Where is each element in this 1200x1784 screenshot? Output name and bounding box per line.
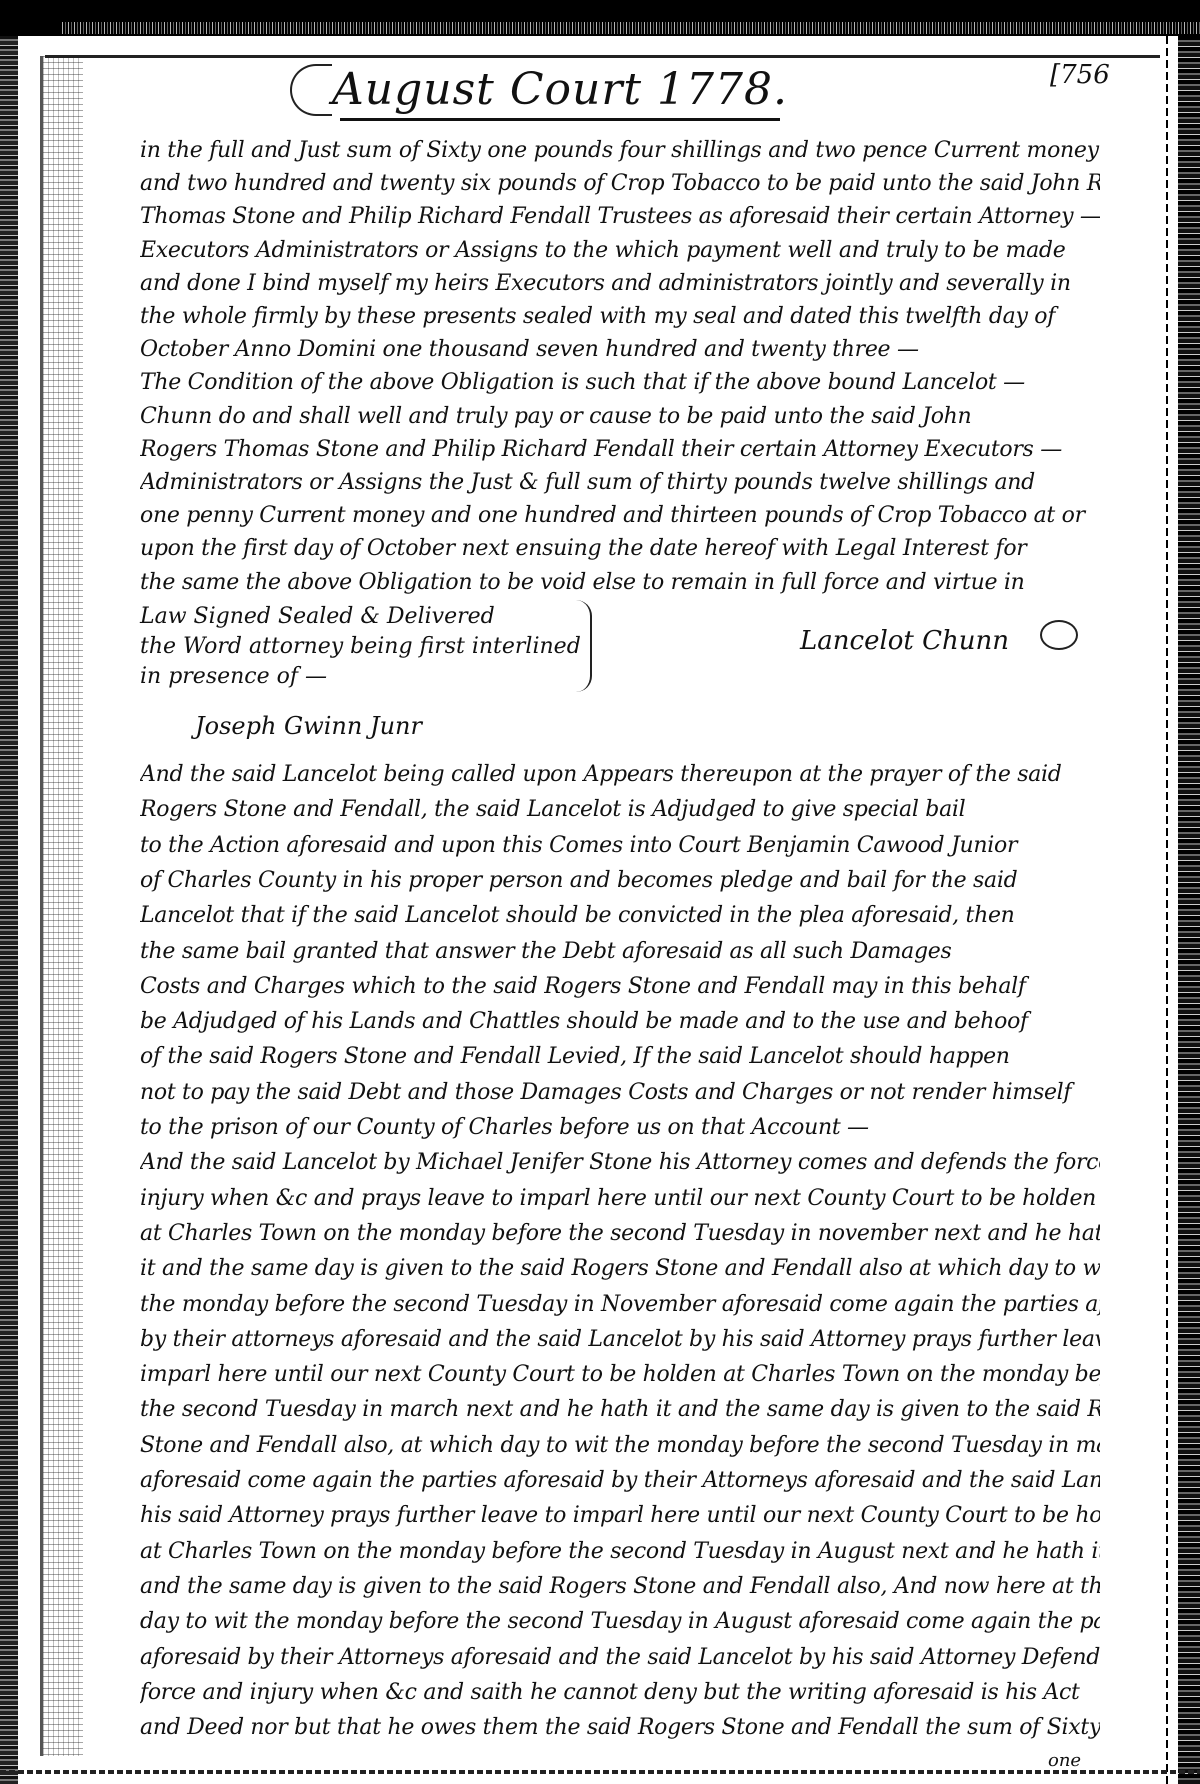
manuscript-line: one penny Current money and one hundred … xyxy=(140,503,1100,528)
manuscript-line: and two hundred and twenty six pounds of… xyxy=(140,171,1100,196)
manuscript-line: of Charles County in his proper person a… xyxy=(140,868,1100,893)
manuscript-line: at Charles Town on the monday before the… xyxy=(140,1221,1100,1246)
manuscript-line: the second Tuesday in march next and he … xyxy=(140,1397,1100,1422)
manuscript-line: not to pay the said Debt and those Damag… xyxy=(140,1080,1100,1105)
catchword: one xyxy=(1048,1750,1081,1771)
witness-line-signed: Law Signed Sealed & Delivered xyxy=(140,604,495,629)
page-binding-shadow xyxy=(40,56,83,1756)
manuscript-line: upon the first day of October next ensui… xyxy=(140,536,1100,561)
scan-left-border xyxy=(0,36,18,1784)
manuscript-line: October Anno Domini one thousand seven h… xyxy=(140,337,1100,362)
manuscript-line: And the said Lancelot by Michael Jenifer… xyxy=(140,1150,1100,1175)
manuscript-line: by their attorneys aforesaid and the sai… xyxy=(140,1327,1100,1352)
manuscript-line: of the said Rogers Stone and Fendall Lev… xyxy=(140,1044,1100,1069)
heading-text: August Court 1778. xyxy=(332,64,788,115)
witness-line-interlined: the Word attorney being first interlined xyxy=(140,634,581,659)
page-top-rule xyxy=(45,55,1160,58)
manuscript-line: the monday before the second Tuesday in … xyxy=(140,1292,1100,1317)
manuscript-line: Lancelot that if the said Lancelot shoul… xyxy=(140,903,1100,928)
manuscript-line: day to wit the monday before the second … xyxy=(140,1609,1100,1634)
witness-line-presence: in presence of — xyxy=(140,664,327,689)
manuscript-line: Thomas Stone and Philip Richard Fendall … xyxy=(140,204,1100,229)
page-number: [756 xyxy=(1050,60,1110,90)
manuscript-line: aforesaid by their Attorneys aforesaid a… xyxy=(140,1645,1100,1670)
manuscript-line: Administrators or Assigns the Just & ful… xyxy=(140,470,1100,495)
manuscript-line: it and the same day is given to the said… xyxy=(140,1256,1100,1281)
manuscript-line: and Deed nor but that he owes them the s… xyxy=(140,1715,1100,1740)
heading-flourish xyxy=(290,64,332,116)
witness-brace xyxy=(576,600,592,692)
seal-icon xyxy=(1040,620,1078,650)
manuscript-line: Stone and Fendall also, at which day to … xyxy=(140,1433,1100,1458)
manuscript-line: in the full and Just sum of Sixty one po… xyxy=(140,138,1100,163)
manuscript-line: and the same day is given to the said Ro… xyxy=(140,1574,1100,1599)
manuscript-line: Rogers Stone and Fendall, the said Lance… xyxy=(140,797,1100,822)
scan-top-border xyxy=(0,0,1200,36)
manuscript-line: aforesaid come again the parties aforesa… xyxy=(140,1468,1100,1493)
manuscript-line: his said Attorney prays further leave to… xyxy=(140,1503,1100,1528)
manuscript-line: be Adjudged of his Lands and Chattles sh… xyxy=(140,1009,1100,1034)
scan-right-border xyxy=(1178,36,1200,1784)
page-bottom-rule xyxy=(0,1770,1200,1774)
manuscript-line: to the Action aforesaid and upon this Co… xyxy=(140,833,1100,858)
manuscript-line: Chunn do and shall well and truly pay or… xyxy=(140,404,1100,429)
manuscript-line: the same the above Obligation to be void… xyxy=(140,570,1100,595)
manuscript-line: Rogers Thomas Stone and Philip Richard F… xyxy=(140,437,1100,462)
manuscript-line: The Condition of the above Obligation is… xyxy=(140,370,1100,395)
manuscript-line: at Charles Town on the monday before the… xyxy=(140,1539,1100,1564)
manuscript-line: Executors Administrators or Assigns to t… xyxy=(140,238,1100,263)
manuscript-line: the whole firmly by these presents seale… xyxy=(140,304,1100,329)
manuscript-line: to the prison of our County of Charles b… xyxy=(140,1115,1100,1140)
manuscript-line: injury when &c and prays leave to imparl… xyxy=(140,1186,1100,1211)
signatory-signature: Lancelot Chunn xyxy=(800,626,1009,656)
manuscript-line: force and injury when &c and saith he ca… xyxy=(140,1680,1100,1705)
witness-signature: Joseph Gwinn Junr xyxy=(195,712,422,740)
manuscript-line: imparl here until our next County Court … xyxy=(140,1362,1100,1387)
page-right-margin-rule xyxy=(1166,36,1168,1784)
manuscript-line: Costs and Charges which to the said Roge… xyxy=(140,974,1100,999)
heading-underline xyxy=(340,118,780,121)
manuscript-line: and done I bind myself my heirs Executor… xyxy=(140,271,1100,296)
manuscript-line: And the said Lancelot being called upon … xyxy=(140,762,1100,787)
manuscript-line: the same bail granted that answer the De… xyxy=(140,939,1100,964)
page-heading: August Court 1778. xyxy=(300,62,820,122)
